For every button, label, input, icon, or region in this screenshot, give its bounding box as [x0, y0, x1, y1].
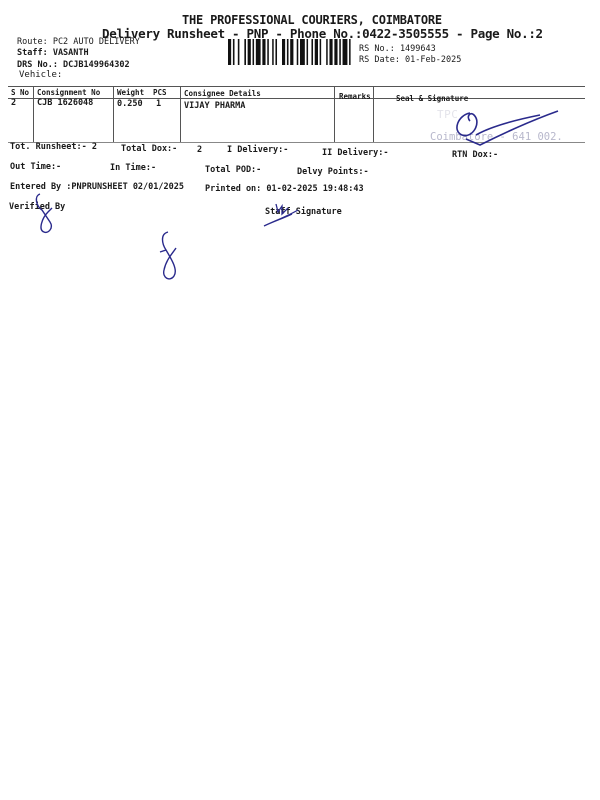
col-header-consignment: Consignment No	[37, 88, 100, 97]
route-label: Route: PC2 AUTO DELIVERY	[17, 37, 140, 47]
col-divider	[180, 86, 181, 142]
table-border-top	[8, 86, 585, 87]
total-dox-value: 2	[197, 145, 202, 155]
in-time: In Time:-	[110, 163, 156, 173]
i-delivery: I Delivery:-	[227, 145, 288, 155]
col-divider	[373, 86, 374, 142]
cell-consignee: VIJAY PHARMA	[184, 101, 245, 111]
table-header-divider	[8, 98, 585, 99]
ii-delivery: II Delivery:-	[322, 148, 389, 158]
initial-signature-ink	[150, 230, 190, 285]
drs-number: DRS No.: DCJB149964302	[17, 60, 130, 70]
staff-signature-ink	[258, 202, 303, 232]
col-header-weight: Weight	[117, 88, 144, 97]
cell-consignment-no: CJB 1626048	[37, 98, 93, 108]
col-header-sno: S No	[11, 88, 29, 97]
staff-label: Staff: VASANTH	[17, 48, 89, 58]
printed-on: Printed on: 01-02-2025 19:48:43	[205, 184, 364, 194]
rs-date: RS Date: 01-Feb-2025	[359, 55, 461, 65]
barcode	[228, 39, 354, 65]
total-dox-label: Total Dox:-	[121, 144, 177, 154]
col-divider	[33, 86, 34, 142]
col-divider	[113, 86, 114, 142]
company-title: THE PROFESSIONAL COURIERS, COIMBATORE	[182, 13, 442, 27]
col-header-seal: Seal & Signature	[396, 94, 468, 103]
col-header-remarks: Remarks	[339, 92, 371, 101]
cell-pcs: 1	[156, 99, 161, 109]
entered-by: Entered By :PNPRUNSHEET 02/01/2025	[10, 182, 184, 192]
delvy-points: Delvy Points:-	[297, 167, 369, 177]
col-divider	[334, 86, 335, 142]
col-header-pcs: PCS	[153, 88, 167, 97]
verified-by-signature-ink	[28, 192, 68, 237]
out-time: Out Time:-	[10, 162, 61, 172]
cell-sno: 2	[11, 98, 16, 108]
col-header-consignee: Consignee Details	[184, 89, 261, 98]
seal-signature-ink	[440, 105, 570, 155]
rtn-dox: RTN Dox:-	[452, 150, 498, 160]
cell-weight: 0.250	[117, 99, 143, 109]
vehicle-label: Vehicle:	[19, 70, 62, 80]
barcode-bar	[351, 39, 354, 65]
tot-runsheet: Tot. Runsheet:- 2	[10, 142, 97, 152]
rs-number: RS No.: 1499643	[359, 44, 436, 54]
total-pod: Total POD:-	[205, 165, 261, 175]
